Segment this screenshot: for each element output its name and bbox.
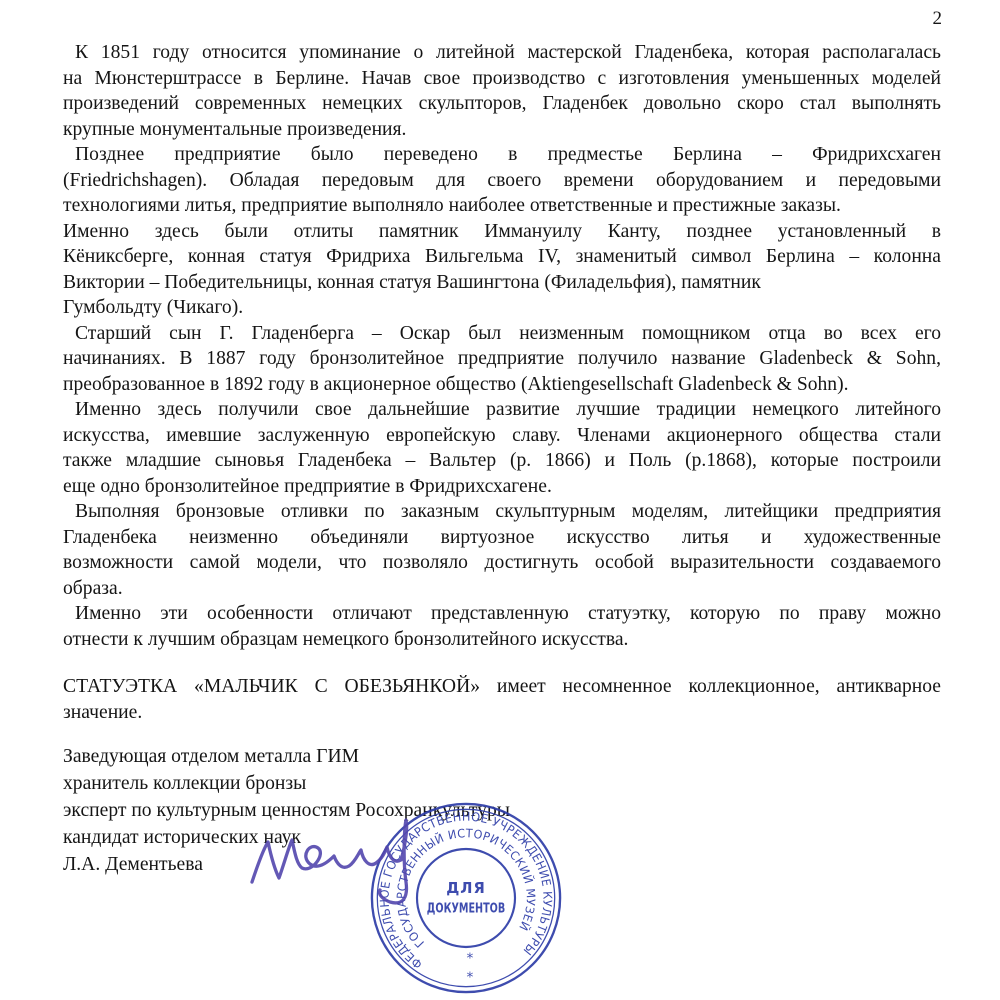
text-line: преобразованное в 1892 году в акционерно… [63,372,941,398]
text-line: Гумбольдту (Чикаго). [63,295,941,321]
text-line: К 1851 году относится упоминание о литей… [63,40,941,66]
text-line: образа. [63,576,941,602]
text-line: также младшие сыновья Гладенбека – Вальт… [63,448,941,474]
text-line: значение. [63,700,941,726]
scanned-document-page: 2 К 1851 году относится упоминание о лит… [0,0,1000,1000]
paragraph-statuette-quality: Именно эти особенности отличают представ… [63,601,941,652]
text-line: на Мюнстерштрассе в Берлине. Начав свое … [63,66,941,92]
text-line: хранитель коллекции бронзы [63,770,941,797]
text-line: произведений современных немецких скульп… [63,91,941,117]
text-line: технологиями литья, предприятие выполнял… [63,193,941,219]
text-line: отнести к лучшим образцам немецкого брон… [63,627,941,653]
handwritten-signature [238,802,428,917]
stamp-center-line1: ДЛЯ [446,880,486,897]
text-line: Именно эти особенности отличают представ… [63,601,941,627]
text-column: К 1851 году относится упоминание о литей… [63,40,941,878]
paragraph-foundry-origin: К 1851 году относится упоминание о литей… [63,40,941,142]
text-line: Заведующая отделом металла ГИМ [63,743,941,770]
text-line: Выполняя бронзовые отливки по заказным с… [63,499,941,525]
text-line: Именно здесь получили свое дальнейшие ра… [63,397,941,423]
text-line: начинаниях. В 1887 году бронзолитейное п… [63,346,941,372]
text-line: Гладенбека неизменно объединяли виртуозн… [63,525,941,551]
text-line: Виктории – Победительницы, конная статуя… [63,270,941,296]
text-line: крупные монументальные произведения. [63,117,941,143]
text-line: Старший сын Г. Гладенберга – Оскар был н… [63,321,941,347]
paragraph-friedrichshagen: Позднее предприятие было переведено в пр… [63,142,941,321]
paragraph-traditions: Именно здесь получили свое дальнейшие ра… [63,397,941,499]
text-line: еще одно бронзолитейное предприятие в Фр… [63,474,941,500]
text-line: возможности самой модели, что позволяло … [63,550,941,576]
stamp-asterisk-lower: * [466,969,473,985]
text-line: Именно здесь были отлиты памятник Имману… [63,219,941,245]
paragraph-castings: Выполняя бронзовые отливки по заказным с… [63,499,941,601]
text-line: искусства, имевшие заслуженную европейск… [63,423,941,449]
text-line: Позднее предприятие было переведено в пр… [63,142,941,168]
paragraph-conclusion: СТАТУЭТКА «МАЛЬЧИК С ОБЕЗЬЯНКОЙ» имеет н… [63,674,941,725]
stamp-asterisk-upper: * [466,951,473,967]
page-number: 2 [933,8,943,30]
stamp-inner-circle [417,849,515,947]
signature-stroke [252,820,407,903]
text-line: Кёниксберге, конная статуя Фридриха Виль… [63,244,941,270]
paragraph-oskar: Старший сын Г. Гладенберга – Оскар был н… [63,321,941,398]
stamp-center-line2: ДОКУМЕНТОВ [427,901,505,917]
text-line: СТАТУЭТКА «МАЛЬЧИК С ОБЕЗЬЯНКОЙ» имеет н… [63,674,941,700]
text-line: (Friedrichshagen). Обладая передовым для… [63,168,941,194]
